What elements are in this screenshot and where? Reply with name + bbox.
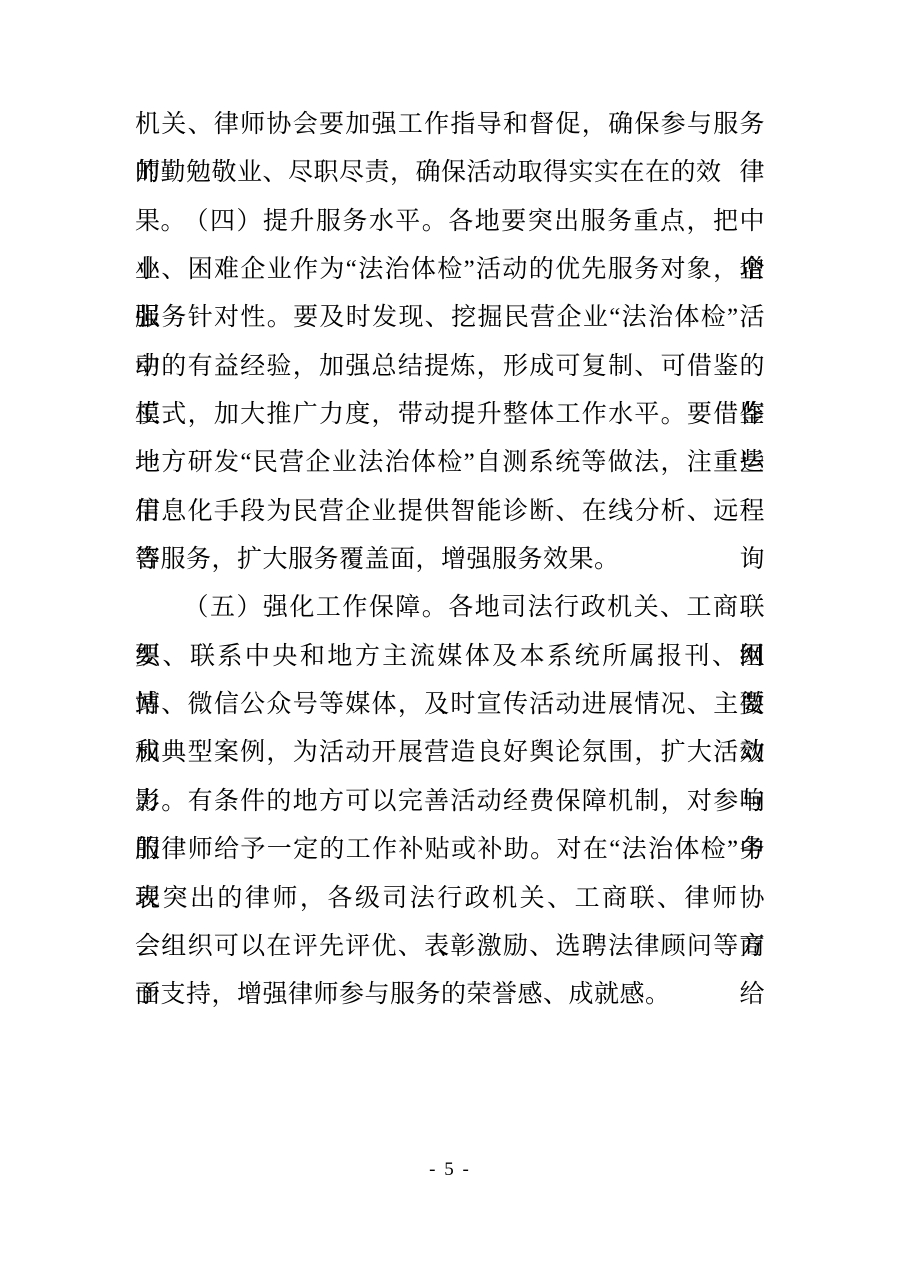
text-line: 予支持，增强律师参与服务的荣誉感、成就感。 bbox=[135, 971, 765, 1019]
text-line: 中的有益经验，加强总结提炼，形成可复制、可借鉴的工作 bbox=[135, 343, 765, 391]
document-page: 机关、律师协会要加强工作指导和督促，确保参与服务的律 师勤勉敬业、尽职尽责，确保… bbox=[0, 0, 900, 1273]
text-line: 师勤勉敬业、尽职尽责，确保活动取得实实在在的效果。 bbox=[135, 149, 765, 197]
text-line: 服务针对性。要及时发现、挖掘民营企业“法治体检”活动 bbox=[135, 294, 765, 342]
text-line: 现突出的律师，各级司法行政机关、工商联、律师协会、商 bbox=[135, 875, 765, 923]
text-line: 机关、律师协会要加强工作指导和督促，确保参与服务的律 bbox=[135, 101, 765, 149]
text-line: 和典型案例，为活动开展营造良好舆论氛围，扩大活动影响 bbox=[135, 729, 765, 777]
text-line: 业、困难企业作为“法治体检”活动的优先服务对象，增强 bbox=[135, 246, 765, 294]
text-line: 信息化手段为民营企业提供智能诊断、在线分析、远程咨询 bbox=[135, 488, 765, 536]
text-line: 模式，加大推广力度，带动提升整体工作水平。要借鉴一些 bbox=[135, 391, 765, 439]
text-line: 力。有条件的地方可以完善活动经费保障机制，对参与服务 bbox=[135, 778, 765, 826]
paragraph-start-line: （五）强化工作保障。各地司法行政机关、工商联要组 bbox=[135, 584, 765, 632]
document-body: 机关、律师协会要加强工作指导和督促，确保参与服务的律 师勤勉敬业、尽职尽责，确保… bbox=[135, 101, 765, 1020]
text-line: 博、微信公众号等媒体，及时宣传活动进展情况、主要成效 bbox=[135, 681, 765, 729]
text-line: 地方研发“民营企业法治体检”自测系统等做法，注重运用 bbox=[135, 439, 765, 487]
paragraph-start-line: （四）提升服务水平。各地要突出服务重点，把中小企 bbox=[135, 198, 765, 246]
text-line: 织、联系中央和地方主流媒体及本系统所属报刊、网站、微 bbox=[135, 633, 765, 681]
page-number: - 5 - bbox=[0, 1150, 900, 1190]
text-line: 的律师给予一定的工作补贴或补助。对在“法治体检”中表 bbox=[135, 826, 765, 874]
text-line: 会组织可以在评先评优、表彰激励、选聘法律顾问等方面给 bbox=[135, 923, 765, 971]
